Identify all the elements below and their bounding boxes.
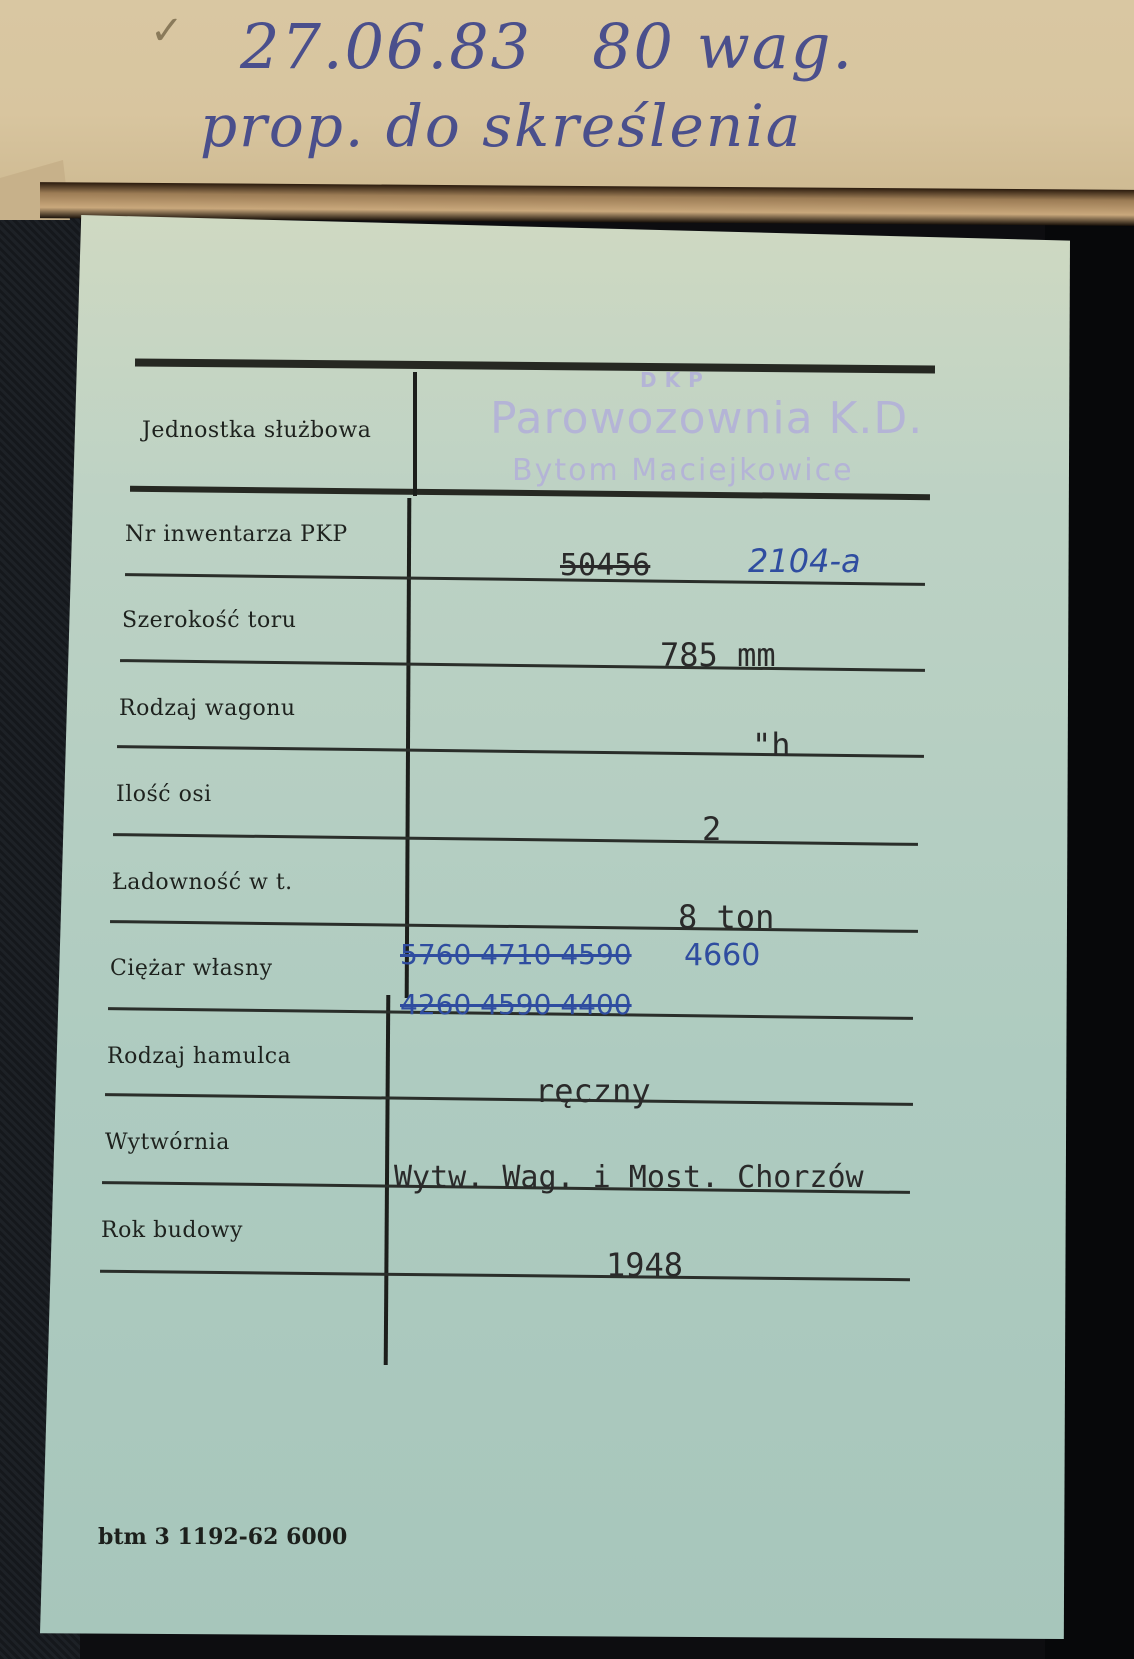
print-code: btm 3 1192-62 6000 xyxy=(98,1524,347,1550)
build-year-value: 1948 xyxy=(606,1246,683,1284)
label-capacity: Ładowność w t. xyxy=(112,870,293,895)
stamp-emblem: DKP xyxy=(640,368,711,392)
handwritten-date: 27.06.83 xyxy=(240,10,532,83)
brake-type-value: ręczny xyxy=(535,1072,651,1110)
label-axle-count: Ilość osi xyxy=(116,782,212,807)
label-inventory-number: Nr inwentarza PKP xyxy=(125,522,348,547)
label-tare-weight: Ciężar własny xyxy=(110,956,273,981)
tare-weight-old-line2: 4260 4590 4400 xyxy=(400,988,632,1021)
envelope-strip: ✓ 27.06.8380 wag. prop. do skreślenia xyxy=(0,0,1134,190)
capacity-value: 8 ton xyxy=(678,898,774,936)
header-divider xyxy=(413,372,417,496)
handwritten-note-line1: 27.06.8380 wag. xyxy=(240,10,854,83)
label-wagon-type: Rodzaj wagonu xyxy=(119,696,296,721)
tick-mark: ✓ xyxy=(150,8,186,54)
label-track-gauge: Szerokość toru xyxy=(122,608,296,633)
label-build-year: Rok budowy xyxy=(101,1218,243,1243)
tare-weight-value: 4660 xyxy=(684,938,760,973)
track-gauge-value: 785 mm xyxy=(660,636,776,674)
handwritten-count: 80 wag. xyxy=(592,10,854,83)
label-brake-type: Rodzaj hamulca xyxy=(107,1044,291,1069)
tare-weight-old-line1: 5760 4710 4590 xyxy=(400,938,632,971)
label-manufacturer: Wytwórnia xyxy=(105,1130,230,1155)
wagon-type-value: "h xyxy=(752,726,791,764)
inventory-number: 2104-a xyxy=(748,542,861,580)
stamp-location: Bytom Maciejkowice xyxy=(512,453,854,488)
manufacturer-value: Wytw. Wag. i Most. Chorzów xyxy=(394,1160,864,1195)
handwritten-note-line2: prop. do skreślenia xyxy=(200,92,802,160)
inventory-number-old: 50456 xyxy=(560,548,650,583)
stamp-name: Parowozownia K.D. xyxy=(490,393,923,444)
axle-count-value: 2 xyxy=(702,810,721,848)
label-unit: Jednostka służbowa xyxy=(142,418,371,443)
